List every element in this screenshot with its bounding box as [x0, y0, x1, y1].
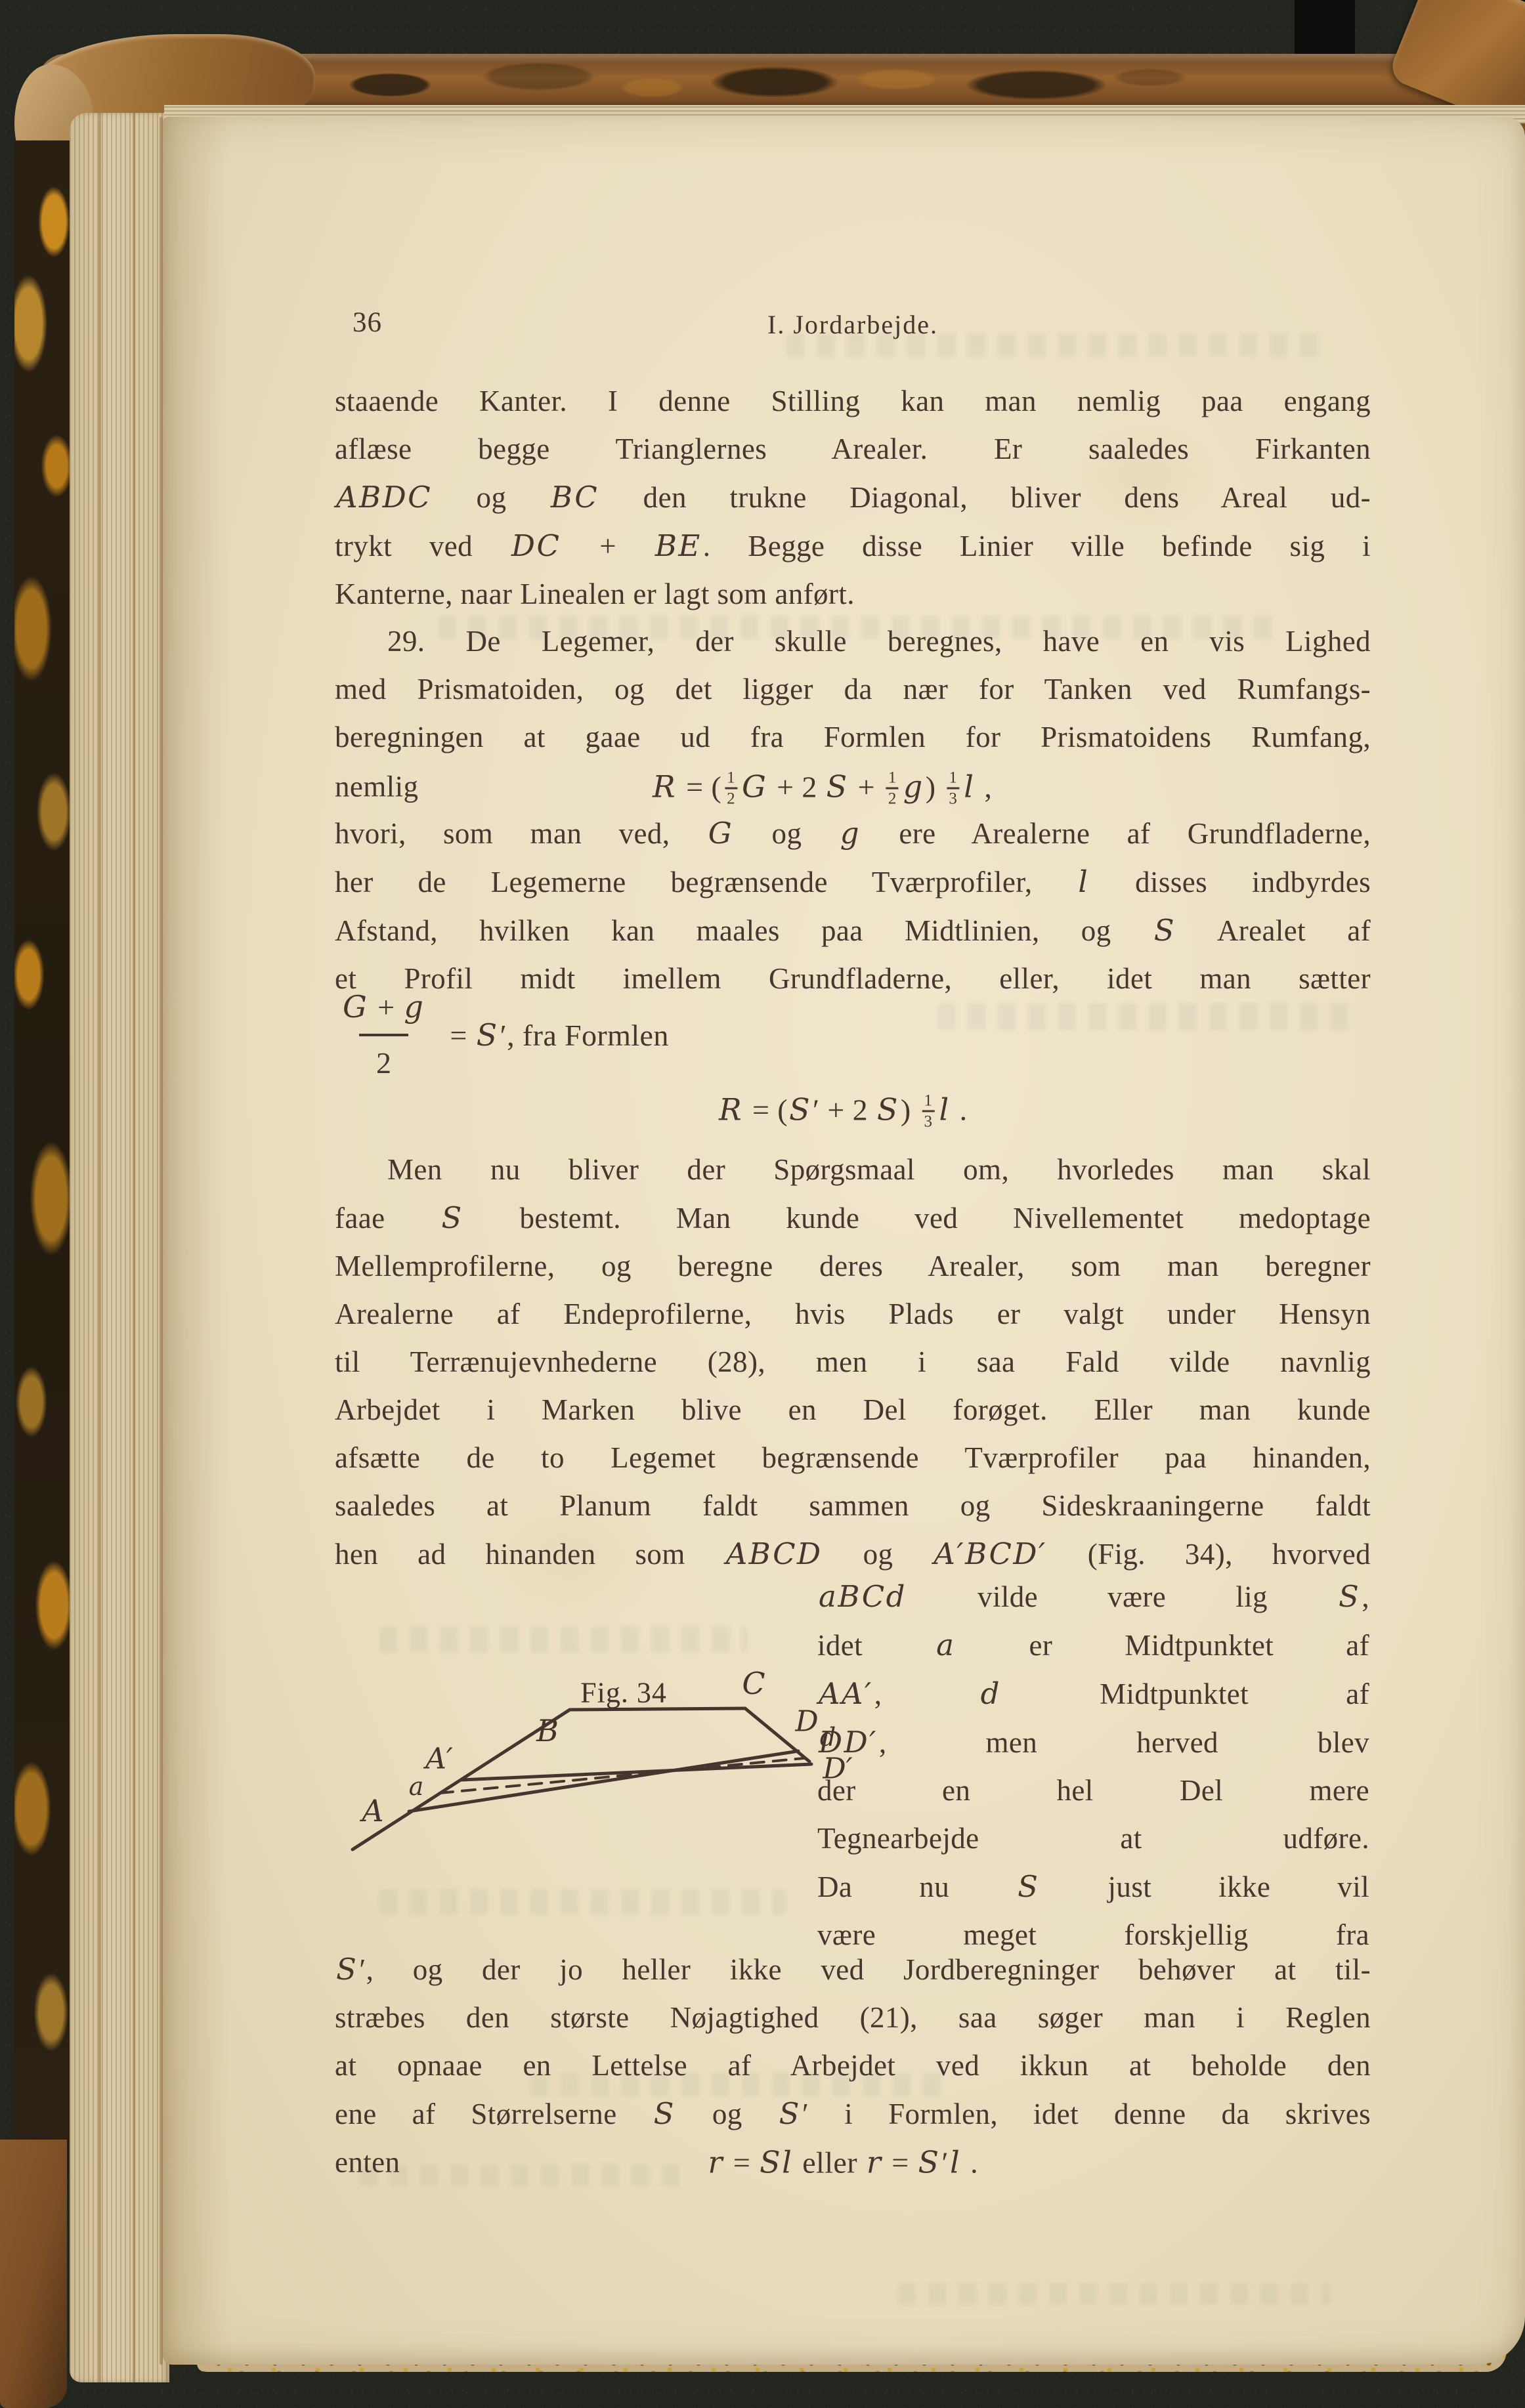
- text-line: S′, og der jo heller ikke ved Jordberegn…: [335, 1945, 1371, 1994]
- formula-row-2: R = (S′ + 2 S) 13l .: [335, 1083, 1371, 1137]
- text-line: hvori, som man ved, G og g ere Arealerne…: [335, 809, 1371, 858]
- text-line: beregningen at gaae ud fra Formlen for P…: [335, 713, 1371, 761]
- book-spine-bottom: [0, 2140, 67, 2408]
- text-line: Arealerne af Endeprofilerne, hvis Plads …: [335, 1290, 1371, 1338]
- text-line: aflæse begge Trianglernes Arealer. Er sa…: [335, 425, 1371, 473]
- text-line: ABDC og BC den trukne Diagonal, bliver d…: [335, 473, 1371, 522]
- point-label-B: B: [536, 1713, 559, 1748]
- last-formula-row: enten r = Sl eller r = S′l .: [335, 2137, 1371, 2188]
- figure-34: Fig. 34 C B D d D′ A′ a A: [353, 1670, 858, 1862]
- formula-row-prismatoid: nemlig R = (12G + 2 S + 12g) 13l ,: [335, 758, 1371, 816]
- text-line: der en hel Del mere: [817, 1767, 1369, 1815]
- marbled-cover-edge: [14, 140, 71, 2175]
- text-line: staaende Kanter. I denne Stilling kan ma…: [335, 377, 1371, 425]
- paragraph-2: 29. De Legemer, der skulle beregnes, hav…: [335, 618, 1371, 761]
- paragraph-1: staaende Kanter. I denne Stilling kan ma…: [335, 377, 1371, 618]
- point-label-D: D: [795, 1705, 818, 1739]
- point-label-A: A: [362, 1793, 383, 1828]
- formula-prismatoid: R = (12G + 2 S + 12g) 13l ,: [651, 763, 992, 811]
- text-line: saaledes at Planum faldt sammen og Sides…: [335, 1482, 1371, 1530]
- text-line: afsætte de to Legemet begrænsende Tværpr…: [335, 1434, 1371, 1482]
- text-line: hen ad hinanden som ABCD og A′BCD′ (Fig.…: [335, 1530, 1371, 1578]
- paragraph-2-continued: hvori, som man ved, G og g ere Arealerne…: [335, 809, 1371, 1003]
- leather-mottling: [320, 54, 1193, 110]
- point-label-A-prime: A′: [425, 1743, 453, 1776]
- text-line: Kanterne, naar Linealen er lagt som anfø…: [335, 570, 1371, 618]
- text-line: med Prismatoiden, og det ligger da nær f…: [335, 665, 1371, 713]
- text-line: faae S bestemt. Man kunde ved Nivellemen…: [335, 1194, 1371, 1242]
- text-line: til Terrænujevnhederne (28), men i saa F…: [335, 1338, 1371, 1386]
- formula-label: nemlig: [335, 763, 418, 811]
- show-through-ghost: [379, 1889, 786, 1915]
- text-line: Tegnearbejde at udføre.: [817, 1815, 1369, 1863]
- text-line: 29. De Legemer, der skulle beregnes, hav…: [335, 618, 1371, 665]
- text-line: Arbejdet i Marken blive en Del forøget. …: [335, 1386, 1371, 1434]
- text-line: trykt ved DC + BE. Begge disse Linier vi…: [335, 522, 1371, 570]
- text-line: Men nu bliver der Spørgsmaal om, hvorled…: [335, 1146, 1371, 1194]
- text-line: ene af Størrelserne S og S′ i Formlen, i…: [335, 2090, 1371, 2138]
- fraction-row: G + g 2 = S′, fra Formlen: [335, 992, 1371, 1078]
- text-line: Da nu S just ikke vil: [817, 1863, 1369, 1911]
- text-line: at opnaae en Lettelse af Arbejdet ved ik…: [335, 2042, 1371, 2090]
- show-through-ghost: [379, 1626, 747, 1653]
- text-line: Afstand, hvilken kan maales paa Midtlini…: [335, 906, 1371, 955]
- page-edges-stack: [70, 113, 169, 2382]
- formula-r-equals: r = Sl eller r = S′l .: [706, 2139, 978, 2187]
- right-column: aBCd vilde være lig S, idet a er Midtpun…: [817, 1573, 1369, 1959]
- text-line: idet a er Midtpunktet af: [817, 1621, 1369, 1670]
- text-line: stræbes den største Nøjagtighed (21), sa…: [335, 1994, 1371, 2042]
- figure-caption: Fig. 34: [580, 1676, 667, 1710]
- running-header: I. Jordarbejde.: [335, 301, 1371, 349]
- book-page: 36 I. Jordarbejde. staaende Kanter. I de…: [163, 117, 1525, 2365]
- gutter-line: [160, 117, 163, 2365]
- text-line: Mellemprofilerne, og beregne deres Areal…: [335, 1242, 1371, 1290]
- text-line: her de Legemerne begrænsende Tværprofile…: [335, 858, 1371, 906]
- text-line: aBCd vilde være lig S,: [817, 1573, 1369, 1621]
- fraction-denominator: 2: [359, 1034, 408, 1087]
- point-label-a: a: [409, 1772, 424, 1801]
- edge-a-d-dashed: [440, 1758, 804, 1793]
- paragraph-3: Men nu bliver der Spørgsmaal om, hvorled…: [335, 1146, 1371, 1578]
- show-through-ghost: [898, 2283, 1331, 2305]
- text-line: AA′, d Midtpunktet af: [817, 1670, 1369, 1718]
- formula-label: enten: [335, 2139, 400, 2187]
- fraction-numerator: G + g: [335, 983, 433, 1034]
- formula-simplified: R = (S′ + 2 S) 13l .: [718, 1086, 968, 1134]
- page-edge-line: [133, 113, 135, 2382]
- bottom-paragraph: S′, og der jo heller ikke ved Jordberegn…: [335, 1945, 1371, 2138]
- page-edge-line: [98, 113, 101, 2382]
- fraction-G-plus-g-over-2: G + g 2: [335, 983, 433, 1087]
- fraction-rest: = S′, fra Formlen: [450, 1011, 668, 1059]
- book-scan-photo: 36 I. Jordarbejde. staaende Kanter. I de…: [0, 0, 1525, 2408]
- text-line: DD′, men herved blev: [817, 1718, 1369, 1767]
- point-label-C: C: [742, 1666, 765, 1701]
